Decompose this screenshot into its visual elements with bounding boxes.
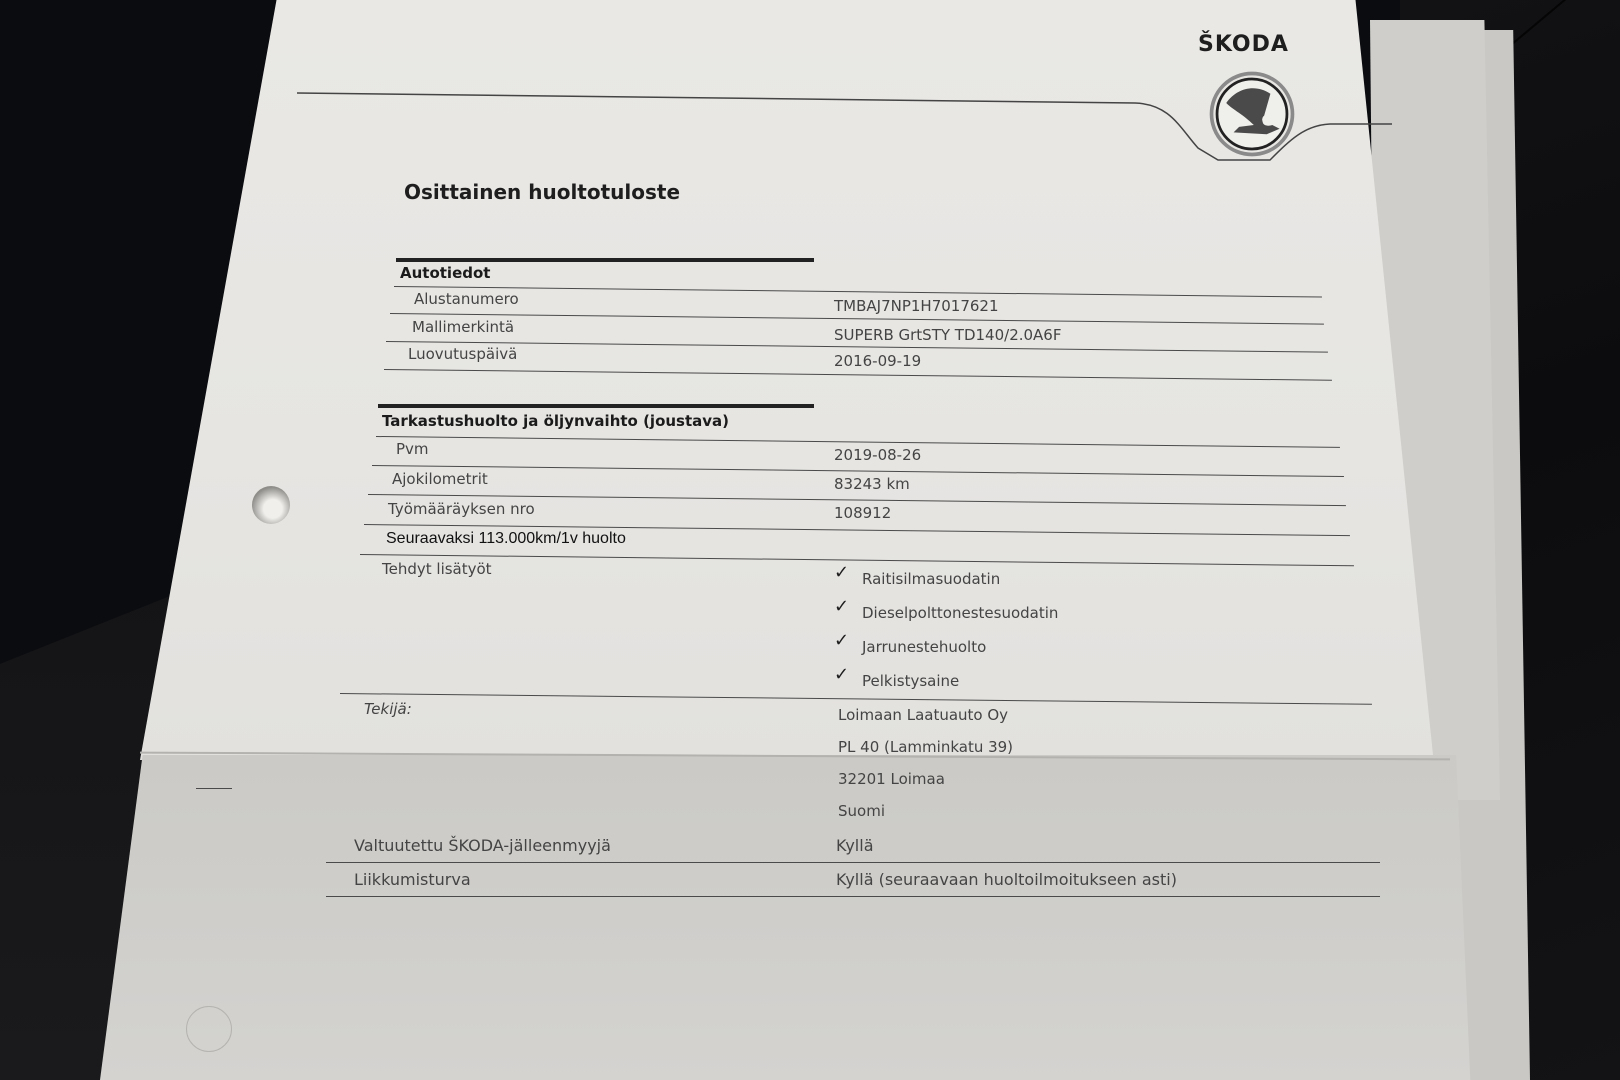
mileage-value: 83243 km	[834, 475, 910, 493]
document-page-lower	[100, 755, 1520, 1080]
performer-name: Loimaan Laatuauto Oy	[838, 706, 1008, 724]
authorized-dealer-label: Valtuutettu ŠKODA-jälleenmyyjä	[354, 836, 611, 855]
model-label: Mallimerkintä	[412, 318, 514, 336]
extra-work-item: Jarrunestehuolto	[862, 638, 986, 656]
vin-label: Alustanumero	[414, 290, 519, 308]
punch-hole-mark	[186, 1006, 232, 1052]
service-date-label: Pvm	[396, 440, 429, 458]
row-divider	[326, 862, 1380, 863]
short-dash	[196, 788, 232, 789]
mileage-label: Ajokilometrit	[392, 470, 488, 488]
extra-work-item: Raitisilmasuodatin	[862, 570, 1000, 588]
authorized-dealer-value: Kyllä	[836, 836, 874, 855]
service-date-value: 2019-08-26	[834, 446, 921, 464]
work-order-label: Työmääräyksen nro	[388, 500, 535, 518]
performer-label: Tekijä:	[364, 700, 412, 718]
document-title: Osittainen huoltotuloste	[404, 180, 680, 204]
delivery-date-label: Luovutuspäivä	[408, 345, 517, 363]
checkmark-icon: ✓	[834, 664, 849, 685]
service-section-heading: Tarkastushuolto ja öljynvaihto (joustava…	[382, 412, 729, 430]
extra-work-item: Pelkistysaine	[862, 672, 959, 690]
performer-country: Suomi	[838, 802, 885, 820]
next-service-note: Seuraavaksi 113.000km/1v huolto	[386, 530, 626, 548]
checkmark-icon: ✓	[834, 596, 849, 617]
skoda-logo-icon	[1206, 68, 1298, 160]
checkmark-icon: ✓	[834, 562, 849, 583]
brand-wordmark: ŠKODA	[1198, 32, 1289, 57]
checkmark-icon: ✓	[834, 630, 849, 651]
section-rule	[396, 258, 814, 262]
row-divider	[326, 896, 1380, 897]
model-value: SUPERB GrtSTY TD140/2.0A6F	[834, 326, 1061, 344]
section-rule	[378, 404, 814, 408]
punch-hole	[252, 486, 290, 524]
extra-work-item: Dieselpolttonestesuodatin	[862, 604, 1058, 622]
vehicle-section-heading: Autotiedot	[400, 264, 490, 282]
header-swoosh-line	[0, 0, 1620, 200]
performer-address: PL 40 (Lamminkatu 39)	[838, 738, 1013, 756]
work-order-value: 108912	[834, 504, 891, 522]
performer-postcode: 32201 Loimaa	[838, 770, 945, 788]
vin-value: TMBAJ7NP1H7017621	[834, 297, 999, 315]
mobility-label: Liikkumisturva	[354, 870, 471, 889]
extra-work-label: Tehdyt lisätyöt	[382, 560, 492, 578]
delivery-date-value: 2016-09-19	[834, 352, 921, 370]
mobility-value: Kyllä (seuraavaan huoltoilmoitukseen ast…	[836, 870, 1177, 889]
